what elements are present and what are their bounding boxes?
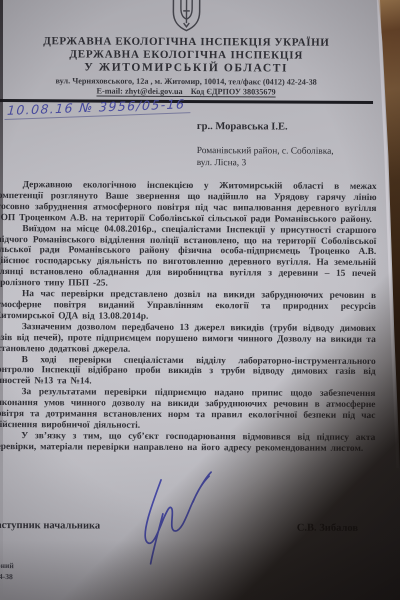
body-paragraph: За результатами перевірки підприємцю над… [0,387,376,433]
letter-body: Державною екологічною інспекцією у Житом… [0,180,377,455]
letterhead: ДЕРЖАВНА ЕКОЛОГІЧНА ІНСПЕКЦІЯ УКРАЇНИ ДЕ… [0,0,380,104]
addressee-address-line2: вул. Лісна, 3 [197,158,334,169]
official-letter: ДЕРЖАВНА ЕКОЛОГІЧНА ІНСПЕКЦІЯ УКРАЇНИ ДЕ… [0,0,380,600]
org-name-country: ДЕРЖАВНА ЕКОЛОГІЧНА ІНСПЕКЦІЯ УКРАЇНИ [0,35,379,49]
photo-left-edge-shadow [0,0,3,600]
addressee-block: гр.. Моравська І.Е. Романівський район, … [197,121,334,169]
signatory-name: С.В. Зибалов [297,523,358,534]
body-paragraph: Зазначеним дозволом передбачено 13 джере… [0,322,376,357]
signatory-title: Заступник начальника [0,520,100,532]
trident-coat-of-arms-icon [171,0,201,33]
addressee-name: гр.. Моравська І.Е. [197,121,334,133]
body-paragraph: На час перевірки представлено дозвіл на … [0,289,376,324]
body-paragraph: Виїздом на місце 04.08.2016р., спеціаліс… [0,224,376,291]
body-paragraph: Державною екологічною інспекцією у Житом… [0,180,377,226]
addressee-address-line1: Романівський район, с. Соболівка, [197,146,334,157]
handwritten-signature-icon [139,468,230,568]
org-name-regional: ДЕРЖАВНА ЕКОЛОГІЧНА ІНСПЕКЦІЯ [0,48,379,62]
body-paragraph: У зв’язку з тим, що суб’єкт господарюван… [0,431,375,455]
body-paragraph: В ході перевірки спеціалістами відділу л… [0,354,376,389]
org-name-oblast: У ЖИТОМИРСЬКІЙ ОБЛАСТІ [0,61,379,75]
document-photo: ДЕРЖАВНА ЕКОЛОГІЧНА ІНСПЕКЦІЯ УКРАЇНИ ДЕ… [0,0,400,600]
